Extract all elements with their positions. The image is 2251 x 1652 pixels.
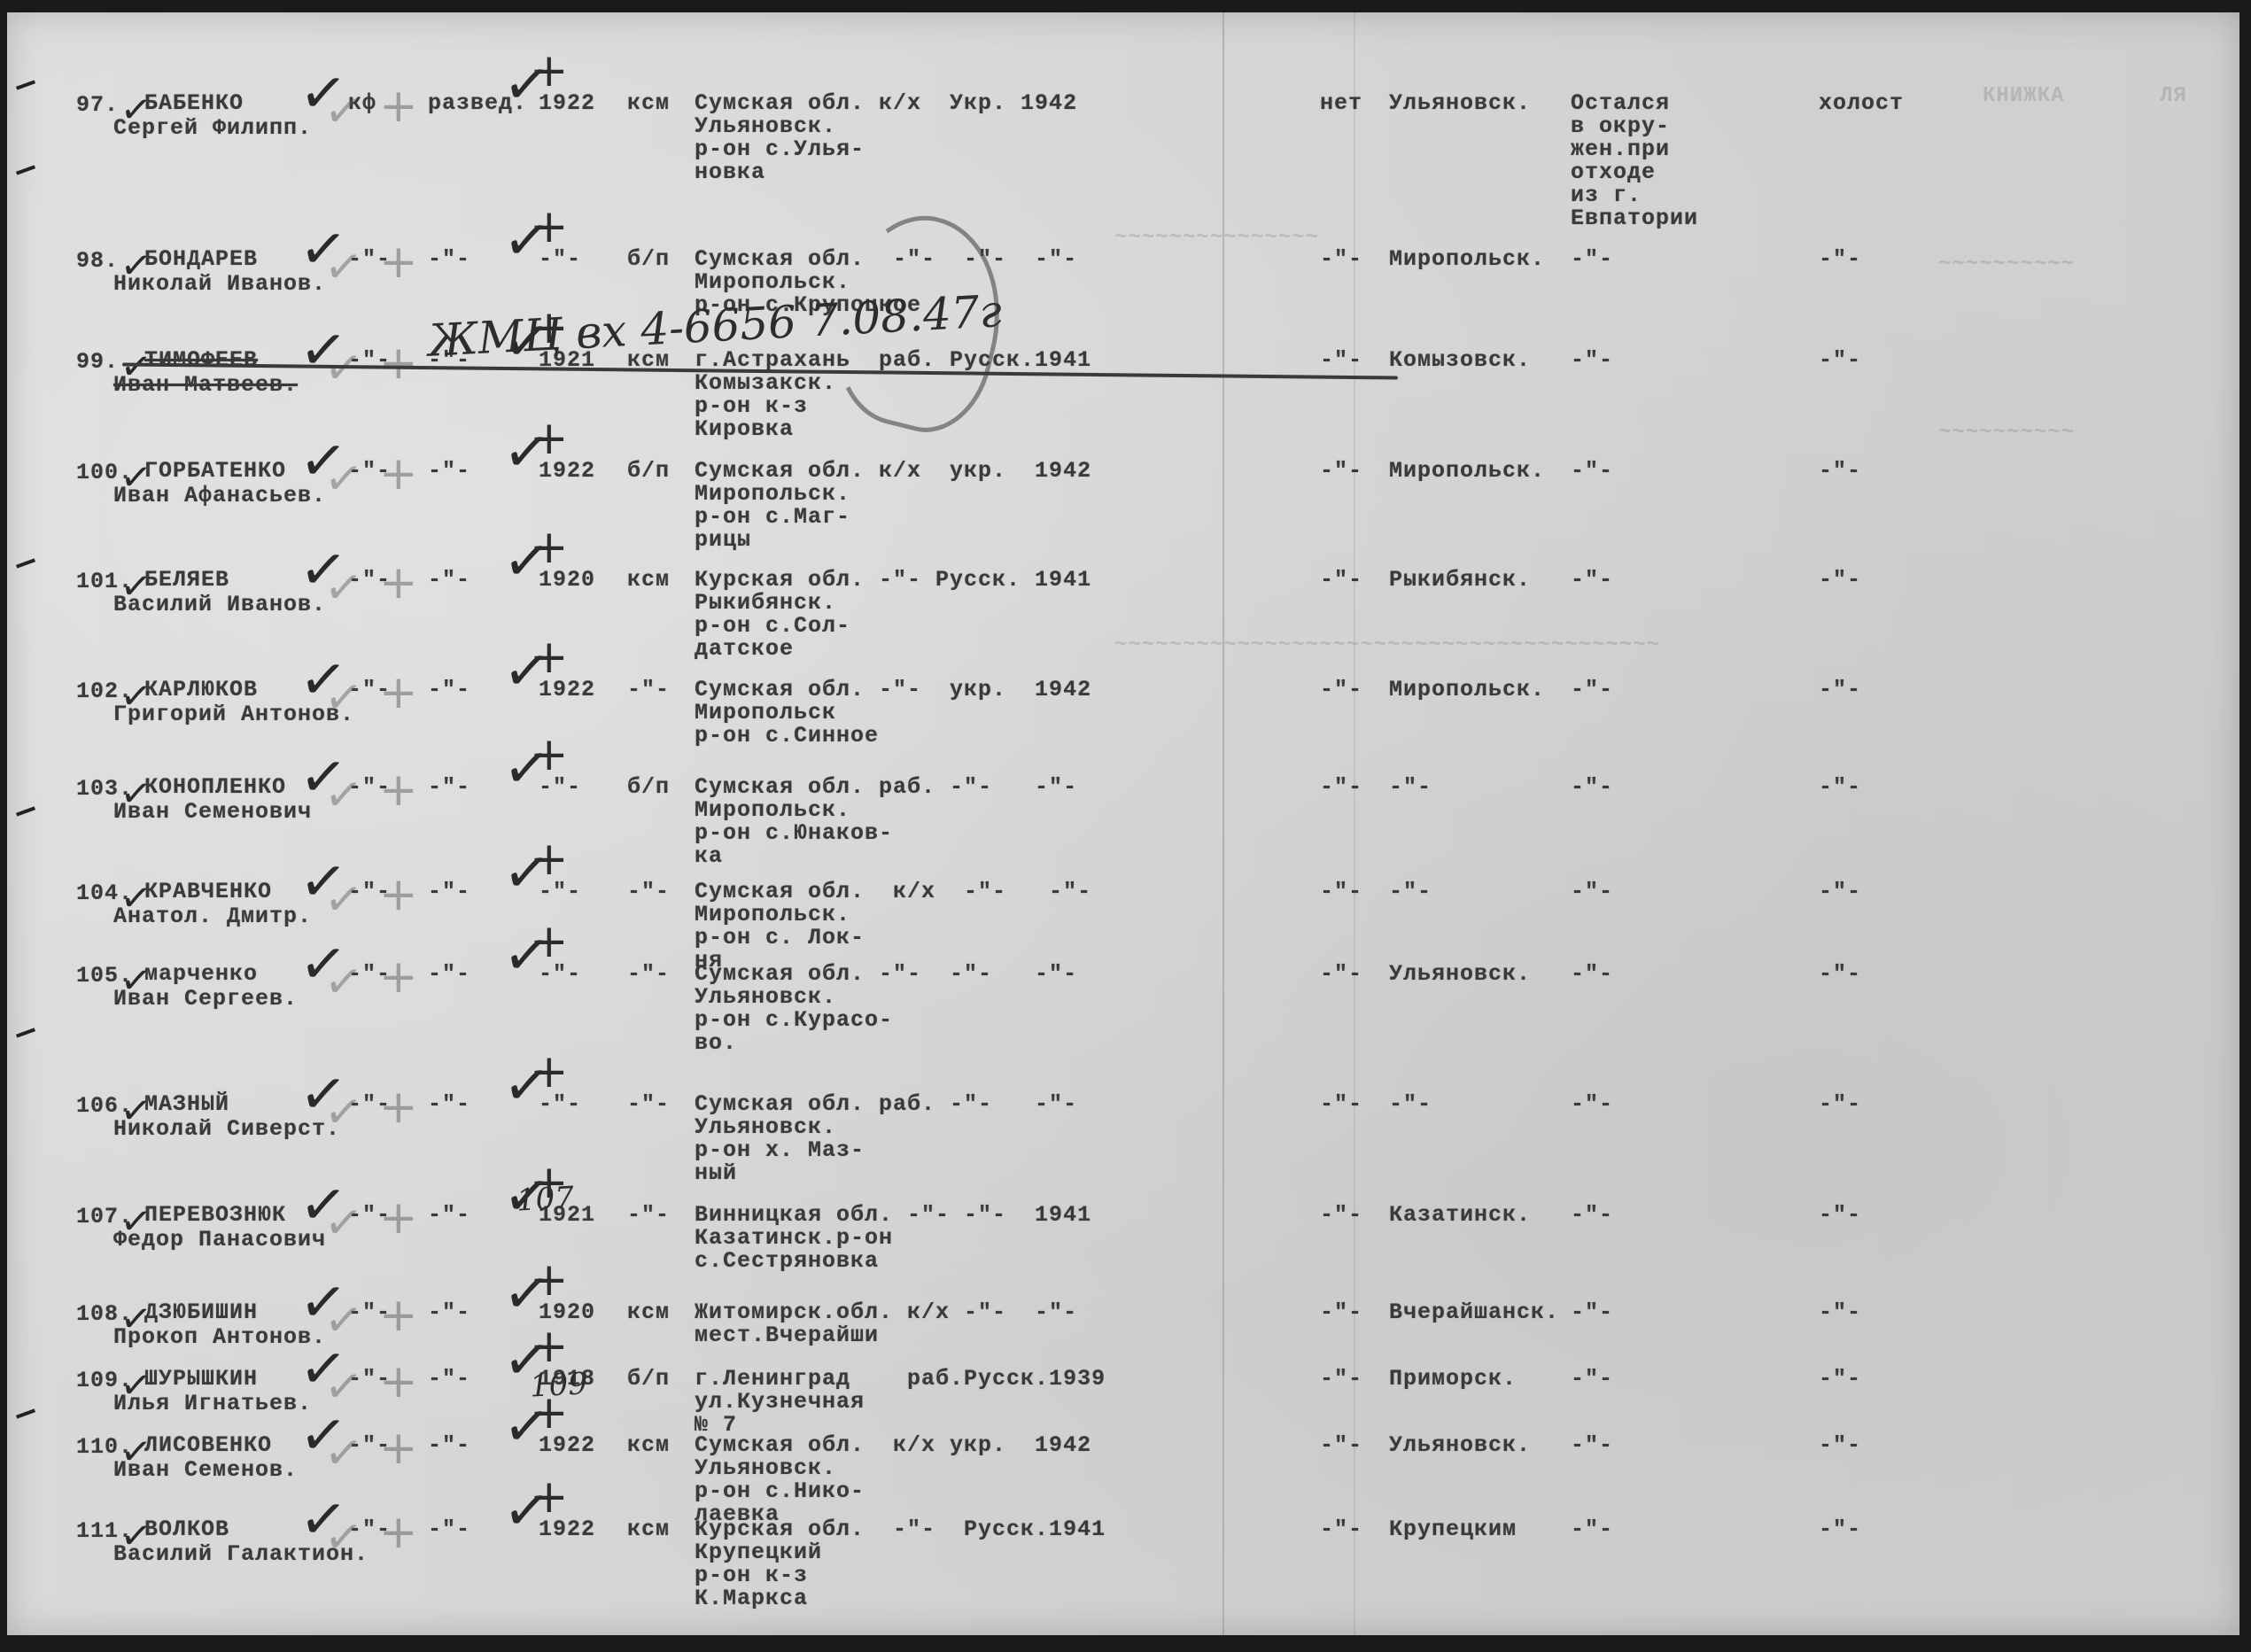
entry-rvk: Ульяновск. xyxy=(1389,1434,1531,1457)
entry-address: Сумская обл. раб. -"- -"- Ульяновск. р-о… xyxy=(695,1093,1077,1185)
entry-party: ксм xyxy=(627,1301,670,1324)
bleed-through-text: ~~~~~~~~~~ xyxy=(1938,420,2075,446)
check-icon: ✓ xyxy=(322,1508,366,1568)
check-icon: ✓ xyxy=(322,952,366,1012)
check-icon: ✓ xyxy=(118,1506,155,1565)
cross-icon: + xyxy=(530,48,569,94)
check-icon: ✓ xyxy=(118,666,155,725)
cross-icon: + xyxy=(379,1195,418,1241)
entry-address: Сумская обл. к/х Укр. 1942 Ульяновск. р-… xyxy=(695,92,1077,184)
entry-party: -"- xyxy=(627,679,670,702)
entry-surname: марченко xyxy=(144,963,258,986)
cross-icon: + xyxy=(530,634,569,680)
check-icon: ✓ xyxy=(322,1423,366,1484)
cross-icon: + xyxy=(379,670,418,716)
check-icon: ✓ xyxy=(322,1082,366,1143)
entry-wounds: -"- xyxy=(1320,1434,1362,1457)
check-icon: ✓ xyxy=(322,81,366,142)
entry-address: г.Ленинград раб.Русск.1939 ул.Кузнечная … xyxy=(695,1368,1106,1437)
cross-icon: + xyxy=(379,1359,418,1405)
entry-address: Сумская обл. к/х -"- -"- Миропольск. р-о… xyxy=(695,880,1091,973)
entry-rvk: Миропольск. xyxy=(1389,248,1545,271)
check-icon: ✓ xyxy=(322,449,366,509)
check-icon: ✓ xyxy=(118,447,155,507)
entry-family-status: -"- xyxy=(1819,963,1861,986)
entry-wounds: -"- xyxy=(1320,460,1362,483)
handwritten-number: 107 xyxy=(516,1180,575,1218)
entry-post: -"- xyxy=(428,248,470,271)
check-icon: ✓ xyxy=(322,765,366,826)
entry-circumstances: -"- xyxy=(1571,460,1613,483)
entry-family-status: -"- xyxy=(1819,1093,1861,1116)
entry-surname: ДЗЮБИШИН xyxy=(144,1301,258,1324)
entry-family-status: -"- xyxy=(1819,248,1861,271)
cross-icon: + xyxy=(530,415,569,461)
handwritten-number: 109 xyxy=(529,1366,588,1404)
binding-mark xyxy=(16,558,35,568)
binding-mark xyxy=(16,806,35,816)
entry-family-status: -"- xyxy=(1819,569,1861,592)
entry-post: -"- xyxy=(428,569,470,592)
check-icon: ✓ xyxy=(322,558,366,618)
entry-post: -"- xyxy=(428,679,470,702)
bleed-through-text: ~~~~~~~~~~ xyxy=(1938,252,2075,278)
entry-wounds: -"- xyxy=(1320,1093,1362,1116)
entry-address: Курская обл. -"- Русск.1941 Крупецкий р-… xyxy=(695,1518,1106,1610)
cross-icon: + xyxy=(379,239,418,285)
entry-party: ксм xyxy=(627,92,670,115)
entry-post: -"- xyxy=(428,1093,470,1116)
check-icon: ✓ xyxy=(118,1289,155,1348)
entry-address: Сумская обл. -"- -"- -"- Ульяновск. р-он… xyxy=(695,963,1077,1055)
entry-circumstances: -"- xyxy=(1571,1093,1613,1116)
check-icon: ✓ xyxy=(322,870,366,930)
entry-address: Винницкая обл. -"- -"- 1941 Казатинск.р-… xyxy=(695,1204,1091,1273)
entry-party: ксм xyxy=(627,1434,670,1457)
cross-icon: + xyxy=(379,954,418,1000)
entry-rvk: -"- xyxy=(1389,776,1432,799)
entry-rvk: Приморск. xyxy=(1389,1368,1517,1391)
check-icon: ✓ xyxy=(118,868,155,927)
entry-wounds: -"- xyxy=(1320,776,1362,799)
entry-circumstances: Остался в окру- жен.при отходе из г. Евп… xyxy=(1571,92,1698,230)
cross-icon: + xyxy=(379,1509,418,1555)
bleed-through-text: КНИЖКА ЛЯ xyxy=(1983,83,2187,110)
entry-party: ксм xyxy=(627,569,670,592)
entry-surname: КАРЛЮКОВ xyxy=(144,679,258,702)
document-page: КНИЖКА ЛЯ ~~~~~~~~~~ ~~~~~~~~~~ ~~~~~~~~… xyxy=(7,12,2239,1635)
fold-line xyxy=(1223,12,1224,1635)
entry-number: 99. xyxy=(76,351,119,374)
entry-party: -"- xyxy=(627,880,670,904)
entry-number: 98. xyxy=(76,250,119,273)
entry-post: -"- xyxy=(428,880,470,904)
check-icon: ✓ xyxy=(118,80,155,139)
entry-rvk: Рыкибянск. xyxy=(1389,569,1531,592)
cross-icon: + xyxy=(379,340,418,386)
cross-icon: + xyxy=(530,732,569,778)
entry-circumstances: -"- xyxy=(1571,569,1613,592)
entry-post: -"- xyxy=(428,963,470,986)
cross-icon: + xyxy=(530,1474,569,1520)
entry-post: -"- xyxy=(428,1301,470,1324)
entry-circumstances: -"- xyxy=(1571,679,1613,702)
cross-icon: + xyxy=(530,1323,569,1369)
check-icon: ✓ xyxy=(118,1191,155,1251)
entry-surname: ТИМОФЕЕВ xyxy=(144,349,258,372)
check-icon: ✓ xyxy=(322,668,366,728)
entry-address: Сумская обл. -"- укр. 1942 Миропольск р-… xyxy=(695,679,1091,748)
entry-wounds: -"- xyxy=(1320,569,1362,592)
entry-circumstances: -"- xyxy=(1571,248,1613,271)
entry-circumstances: -"- xyxy=(1571,349,1613,372)
entry-surname: БАБЕНКО xyxy=(144,92,244,115)
check-icon: ✓ xyxy=(118,556,155,616)
entry-surname: МАЗНЫЙ xyxy=(144,1093,229,1116)
cross-icon: + xyxy=(379,767,418,813)
entry-circumstances: -"- xyxy=(1571,1204,1613,1227)
entry-party: -"- xyxy=(627,963,670,986)
entry-rvk: Крупецким xyxy=(1389,1518,1517,1541)
entry-post: -"- xyxy=(428,1368,470,1391)
entry-family-status: -"- xyxy=(1819,776,1861,799)
entry-party: б/п xyxy=(627,1368,670,1391)
entry-circumstances: -"- xyxy=(1571,880,1613,904)
entry-wounds: -"- xyxy=(1320,963,1362,986)
entry-party: б/п xyxy=(627,460,670,483)
entry-address: Курская обл. -"- Русск. 1941 Рыкибянск. … xyxy=(695,569,1091,661)
cross-icon: + xyxy=(379,560,418,606)
bleed-through-text: ~~~~~~~~~~~~~~~ xyxy=(1114,225,1319,252)
entry-rvk: -"- xyxy=(1389,1093,1432,1116)
check-icon: ✓ xyxy=(322,1193,366,1253)
entry-family-status: -"- xyxy=(1819,679,1861,702)
cross-icon: + xyxy=(530,204,569,250)
entry-surname: КОНОПЛЕНКО xyxy=(144,776,286,799)
entry-family-status: -"- xyxy=(1819,460,1861,483)
entry-surname: ЛИСОВЕНКО xyxy=(144,1434,272,1457)
entry-circumstances: -"- xyxy=(1571,776,1613,799)
entry-rvk: -"- xyxy=(1389,880,1432,904)
entry-family-status: -"- xyxy=(1819,1301,1861,1324)
entry-family-status: -"- xyxy=(1819,1368,1861,1391)
entry-surname: ГОРБАТЕНКО xyxy=(144,460,286,483)
cross-icon: + xyxy=(379,1425,418,1471)
entry-surname: БЕЛЯЕВ xyxy=(144,569,229,592)
binding-mark xyxy=(16,1408,35,1418)
binding-mark xyxy=(16,1028,35,1037)
entry-rvk: Ульяновск. xyxy=(1389,963,1531,986)
entry-address: Сумская обл. к/х укр. 1942 Миропольск. р… xyxy=(695,460,1091,552)
entry-circumstances: -"- xyxy=(1571,1301,1613,1324)
entry-surname: ПЕРЕВОЗНЮК xyxy=(144,1204,286,1227)
check-icon: ✓ xyxy=(118,1422,155,1481)
entry-number: 97. xyxy=(76,94,119,117)
cross-icon: + xyxy=(379,451,418,497)
entry-family-status: -"- xyxy=(1819,880,1861,904)
entry-surname: БОНДАРЕВ xyxy=(144,248,258,271)
entry-rvk: Вчерайшанск. xyxy=(1389,1301,1559,1324)
entry-family-status: -"- xyxy=(1819,1204,1861,1227)
check-icon: ✓ xyxy=(118,1355,155,1415)
entry-wounds: -"- xyxy=(1320,248,1362,271)
entry-post: -"- xyxy=(428,776,470,799)
cross-icon: + xyxy=(530,836,569,882)
entry-party: -"- xyxy=(627,1093,670,1116)
entry-circumstances: -"- xyxy=(1571,963,1613,986)
entry-address: Житомирск.обл. к/х -"- -"- мест.Вчерайши xyxy=(695,1301,1077,1347)
entry-party: б/п xyxy=(627,248,670,271)
entry-party: -"- xyxy=(627,1204,670,1227)
entry-surname: ВОЛКОВ xyxy=(144,1518,229,1541)
entry-rvk: Миропольск. xyxy=(1389,460,1545,483)
entry-rvk: Ульяновск. xyxy=(1389,92,1531,115)
entry-post: -"- xyxy=(428,1204,470,1227)
check-icon: ✓ xyxy=(118,950,155,1010)
cross-icon: + xyxy=(379,1084,418,1130)
cross-icon: + xyxy=(530,524,569,570)
entry-family-status: -"- xyxy=(1819,1518,1861,1541)
entry-family-status: -"- xyxy=(1819,349,1861,372)
cross-icon: + xyxy=(530,1049,569,1095)
entry-party: ксм xyxy=(627,1518,670,1541)
check-icon: ✓ xyxy=(118,236,155,295)
entry-wounds: -"- xyxy=(1320,1518,1362,1541)
bleed-through-text: ~~~~~~~~~~~~~~~~~~~~~~~~~~~~~~~~~~~~~~~~ xyxy=(1114,632,1660,659)
entry-family-status: -"- xyxy=(1819,1434,1861,1457)
entry-rvk: Миропольск. xyxy=(1389,679,1545,702)
entry-post: -"- xyxy=(428,460,470,483)
entry-family-status: холост xyxy=(1819,92,1904,115)
entry-surname: ШУРЫШКИН xyxy=(144,1368,258,1391)
cross-icon: + xyxy=(530,1257,569,1303)
cross-icon: + xyxy=(530,919,569,965)
entry-wounds: -"- xyxy=(1320,349,1362,372)
entry-surname: КРАВЧЕНКО xyxy=(144,880,272,904)
entry-rvk: Комызовск. xyxy=(1389,349,1531,372)
binding-mark xyxy=(16,165,35,175)
check-icon: ✓ xyxy=(118,764,155,823)
entry-address: Сумская обл. раб. -"- -"- Миропольск. р-… xyxy=(695,776,1077,868)
cross-icon: + xyxy=(379,83,418,129)
entry-wounds: -"- xyxy=(1320,679,1362,702)
entry-post: -"- xyxy=(428,1518,470,1541)
cross-icon: + xyxy=(379,872,418,918)
check-icon: ✓ xyxy=(118,1081,155,1140)
entry-party: б/п xyxy=(627,776,670,799)
entry-post: -"- xyxy=(428,1434,470,1457)
entry-wounds: -"- xyxy=(1320,1301,1362,1324)
check-icon: ✓ xyxy=(118,337,155,396)
binding-mark xyxy=(16,80,35,89)
entry-circumstances: -"- xyxy=(1571,1368,1613,1391)
entry-circumstances: -"- xyxy=(1571,1518,1613,1541)
entry-rvk: Казатинск. xyxy=(1389,1204,1531,1227)
cross-icon: + xyxy=(379,1292,418,1338)
entry-circumstances: -"- xyxy=(1571,1434,1613,1457)
entry-wounds: -"- xyxy=(1320,880,1362,904)
entry-wounds: -"- xyxy=(1320,1368,1362,1391)
entry-address: Сумская обл. к/х укр. 1942 Ульяновск. р-… xyxy=(695,1434,1091,1526)
entry-wounds: нет xyxy=(1320,92,1362,115)
check-icon: ✓ xyxy=(322,237,366,298)
entry-wounds: -"- xyxy=(1320,1204,1362,1227)
